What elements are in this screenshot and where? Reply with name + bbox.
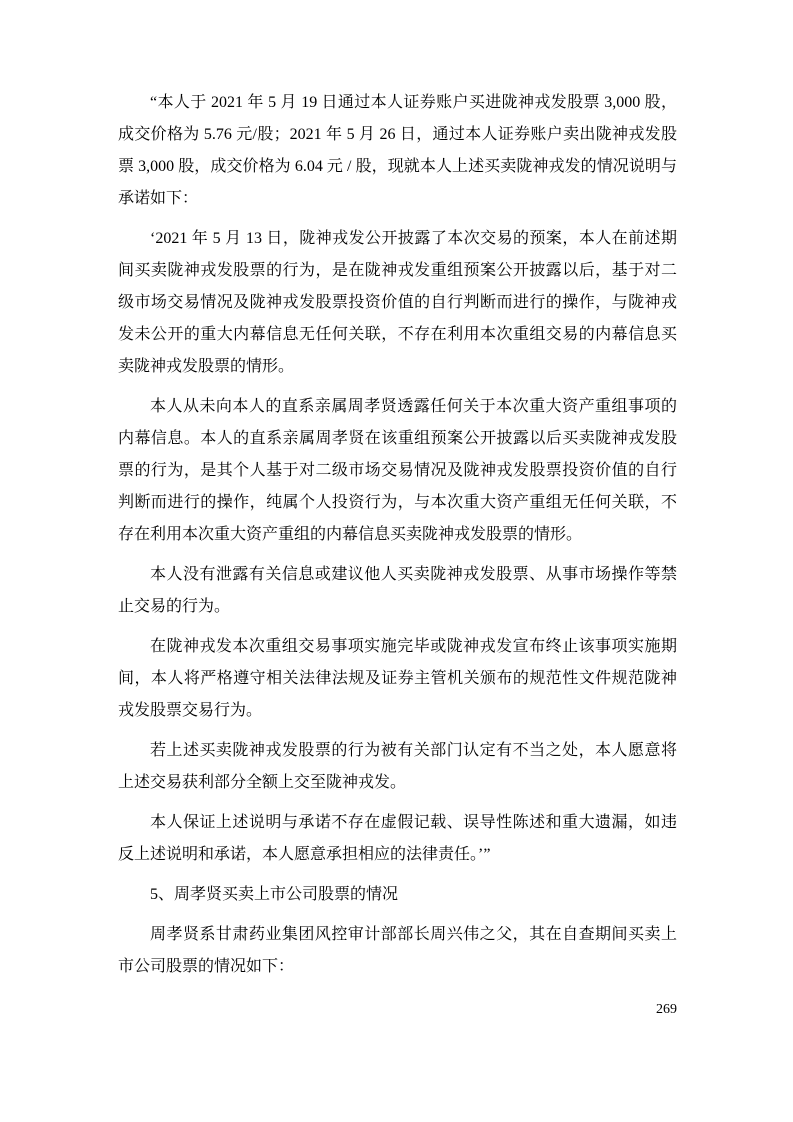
body-paragraph: “本人于 2021 年 5 月 19 日通过本人证券账户买进陇神戎发股票 3,0…	[118, 87, 677, 215]
page-number: 269	[656, 1002, 677, 1017]
body-paragraph: 本人没有泄露有关信息或建议他人买卖陇神戎发股票、从事市场操作等禁止交易的行为。	[118, 559, 677, 623]
body-paragraph: ‘2021 年 5 月 13 日，陇神戎发公开披露了本次交易的预案，本人在前述期…	[118, 223, 677, 383]
page-footer: 269	[118, 999, 677, 1021]
body-paragraph: 本人保证上述说明与承诺不存在虚假记载、误导性陈述和重大遗漏，如违反上述说明和承诺…	[118, 807, 677, 871]
document-page: “本人于 2021 年 5 月 19 日通过本人证券账户买进陇神戎发股票 3,0…	[0, 0, 793, 1122]
section-item-heading: 5、周孝贤买卖上市公司股票的情况	[118, 879, 677, 911]
document-content: “本人于 2021 年 5 月 19 日通过本人证券账户买进陇神戎发股票 3,0…	[118, 87, 677, 991]
body-paragraph: 在陇神戎发本次重组交易事项实施完毕或陇神戎发宣布终止该事项实施期间，本人将严格遵…	[118, 631, 677, 727]
body-paragraph: 若上述买卖陇神戎发股票的行为被有关部门认定有不当之处，本人愿意将上述交易获利部分…	[118, 735, 677, 799]
body-paragraph: 周孝贤系甘肃药业集团风控审计部部长周兴伟之父，其在自查期间买卖上市公司股票的情况…	[118, 919, 677, 983]
body-paragraph: 本人从未向本人的直系亲属周孝贤透露任何关于本次重大资产重组事项的内幕信息。本人的…	[118, 391, 677, 551]
